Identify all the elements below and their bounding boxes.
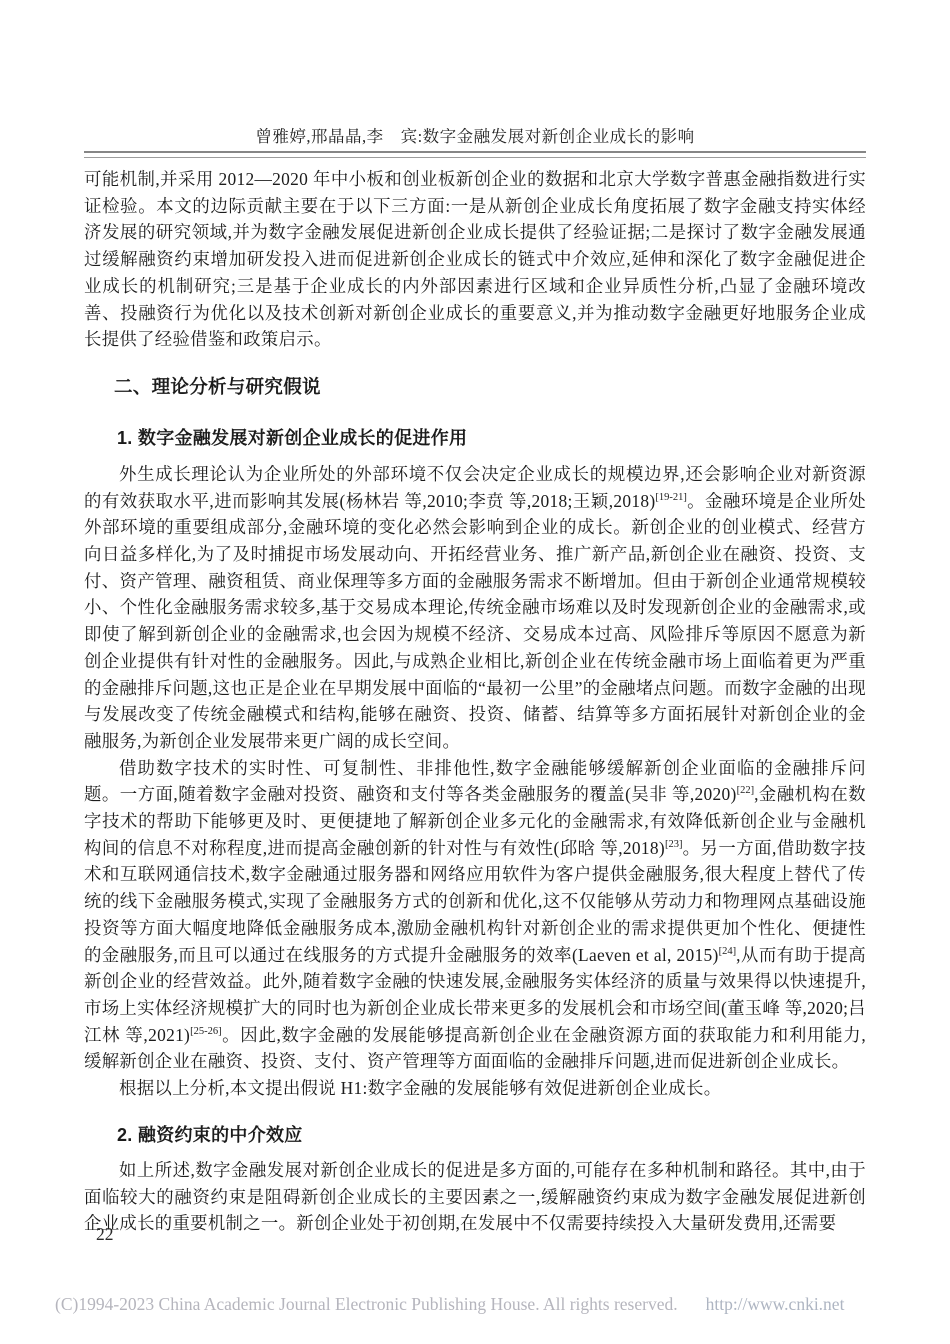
article-body: 可能机制,并采用 2012—2020 年中小板和创业板新创企业的数据和北京大学数… bbox=[84, 166, 866, 1237]
subsection-heading-1: 1. 数字金融发展对新创企业成长的促进作用 bbox=[84, 425, 866, 452]
paragraph: 外生成长理论认为企业所处的外部环境不仅会决定企业成长的规模边界,还会影响企业对新… bbox=[84, 461, 866, 755]
text-run: 。金融环境是企业所处外部环境的重要组成部分,金融环境的变化必然会影响到企业的成长… bbox=[84, 491, 866, 751]
paragraph: 如上所述,数字金融发展对新创企业成长的促进是多方面的,可能存在多种机制和路径。其… bbox=[84, 1157, 866, 1237]
text-run: 根据以上分析,本文提出假说 H1:数字金融的发展能够有效促进新创企业成长。 bbox=[119, 1078, 721, 1098]
citation-ref-22: [22] bbox=[737, 786, 755, 797]
paragraph-hypothesis-h1: 根据以上分析,本文提出假说 H1:数字金融的发展能够有效促进新创企业成长。 bbox=[84, 1075, 866, 1102]
citation-ref-24: [24] bbox=[719, 946, 737, 957]
citation-ref-23: [23] bbox=[665, 839, 683, 850]
copyright-text: (C)1994-2023 China Academic Journal Elec… bbox=[55, 1294, 678, 1314]
page-number: 22 bbox=[96, 1224, 114, 1245]
paragraph-continued: 可能机制,并采用 2012—2020 年中小板和创业板新创企业的数据和北京大学数… bbox=[84, 166, 866, 353]
paragraph: 借助数字技术的实时性、可复制性、非排他性,数字金融能够缓解新创企业面临的金融排斥… bbox=[84, 755, 866, 1075]
text-run: 如上所述,数字金融发展对新创企业成长的促进是多方面的,可能存在多种机制和路径。其… bbox=[84, 1160, 866, 1233]
header-rule bbox=[84, 151, 866, 158]
cnki-url: http://www.cnki.net bbox=[706, 1294, 845, 1314]
subsection-heading-2: 2. 融资约束的中介效应 bbox=[84, 1122, 866, 1149]
text-run: 借助数字技术的实时性、可复制性、非排他性,数字金融能够缓解新创企业面临的金融排斥… bbox=[84, 758, 866, 805]
document-page: 曾雅婷,邢晶晶,李 宾:数字金融发展对新创企业成长的影响 可能机制,并采用 20… bbox=[0, 0, 950, 1344]
copyright-footer: (C)1994-2023 China Academic Journal Elec… bbox=[55, 1292, 915, 1316]
citation-ref-19-21: [19-21] bbox=[655, 492, 687, 503]
text-run: 可能机制,并采用 2012—2020 年中小板和创业板新创企业的数据和北京大学数… bbox=[84, 169, 866, 349]
citation-ref-25-26: [25-26] bbox=[190, 1026, 222, 1037]
running-head: 曾雅婷,邢晶晶,李 宾:数字金融发展对新创企业成长的影响 bbox=[84, 126, 866, 148]
section-heading-theory-analysis: 二、理论分析与研究假说 bbox=[84, 373, 866, 400]
